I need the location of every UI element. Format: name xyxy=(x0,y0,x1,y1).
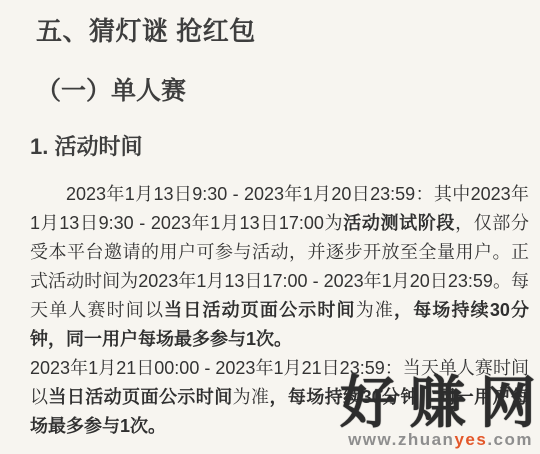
body-content: 2023年1月13日9:30 - 2023年1月20日23:59：其中2023年… xyxy=(0,160,540,441)
clause-heading-activity-time: 1. 活动时间 xyxy=(30,134,529,160)
text-run: 为准 xyxy=(356,300,394,320)
paragraph-activity-time-1: 2023年1月13日9:30 - 2023年1月20日23:59：其中2023年… xyxy=(30,180,529,354)
document-page: 五、猜灯谜 抢红包 （一）单人赛 1. 活动时间 2023年1月13日9:30 … xyxy=(0,0,540,454)
paragraph-activity-time-2: 2023年1月21日00:00 - 2023年1月21日23:59：当天单人赛时… xyxy=(30,354,529,441)
page-title: 五、猜灯谜 抢红包 xyxy=(36,16,529,46)
text-run-bold: 当日活动页面公示时间 xyxy=(48,387,232,407)
text-run-bold: 活动测试阶段 xyxy=(343,213,455,233)
subsection-heading: （一）单人赛 xyxy=(36,76,529,106)
text-run: 为准 xyxy=(233,387,270,407)
text-run-bold: 当日活动页面公示时间 xyxy=(164,300,356,320)
